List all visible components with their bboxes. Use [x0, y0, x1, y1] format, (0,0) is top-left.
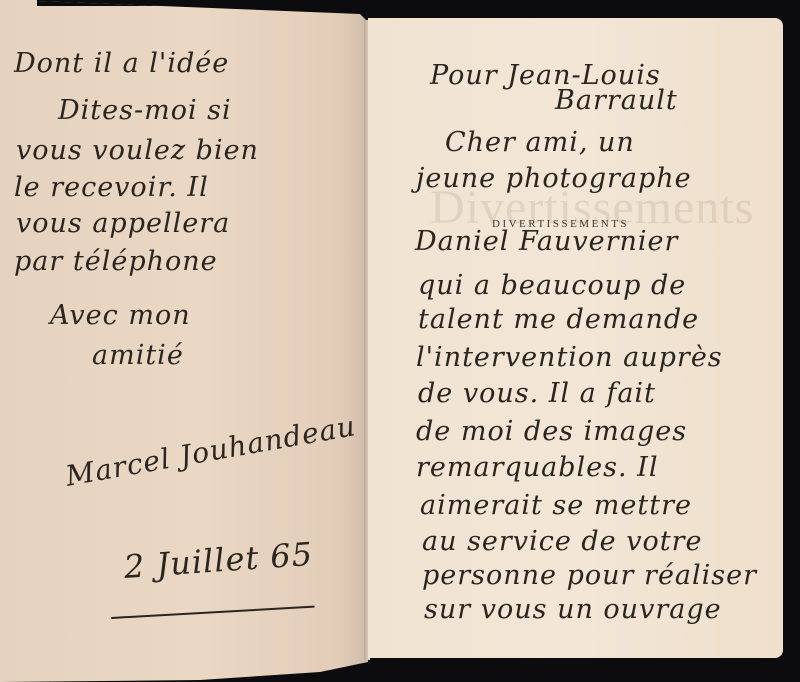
handwritten-line: vous voulez bien	[16, 135, 259, 166]
handwritten-line: personne pour réaliser	[422, 560, 757, 591]
handwritten-line: sur vous un ouvrage	[424, 594, 722, 625]
handwritten-line: de moi des images	[416, 416, 687, 447]
handwritten-line: Dites-moi si	[58, 95, 232, 126]
handwritten-line: par téléphone	[14, 246, 218, 277]
date-line: 2 Juillet 65	[123, 535, 315, 586]
handwritten-line: amitié	[92, 340, 184, 371]
handwritten-line: vous appellera	[16, 208, 230, 239]
handwritten-line: aimerait se mettre	[420, 490, 692, 521]
handwritten-line: de vous. Il a fait	[418, 378, 656, 409]
handwritten-line: l'intervention auprès	[416, 342, 723, 373]
handwritten-line: Cher ami, un	[445, 127, 635, 158]
signature: Marcel Jouhandeau	[63, 409, 358, 493]
date-underline	[111, 606, 315, 619]
handwritten-line: au service de votre	[422, 526, 702, 557]
handwritten-line: le recevoir. Il	[14, 172, 209, 203]
handwritten-line: Barrault	[555, 85, 678, 116]
handwritten-line: remarquables. Il	[416, 452, 658, 483]
handwritten-line: jeune photographe	[416, 163, 692, 194]
left-page: Dont il a l'idée Dites-moi si vous voule…	[0, 0, 368, 682]
book-shadow	[37, 0, 377, 6]
handwritten-line: talent me demande	[418, 304, 699, 335]
handwritten-line: Daniel Fauvernier	[415, 226, 678, 257]
handwritten-line: Avec mon	[50, 300, 191, 331]
handwritten-line: Dont il a l'idée	[14, 48, 229, 79]
photo-scene: Dont il a l'idée Dites-moi si vous voule…	[0, 0, 800, 682]
handwritten-line: qui a beaucoup de	[418, 270, 686, 301]
